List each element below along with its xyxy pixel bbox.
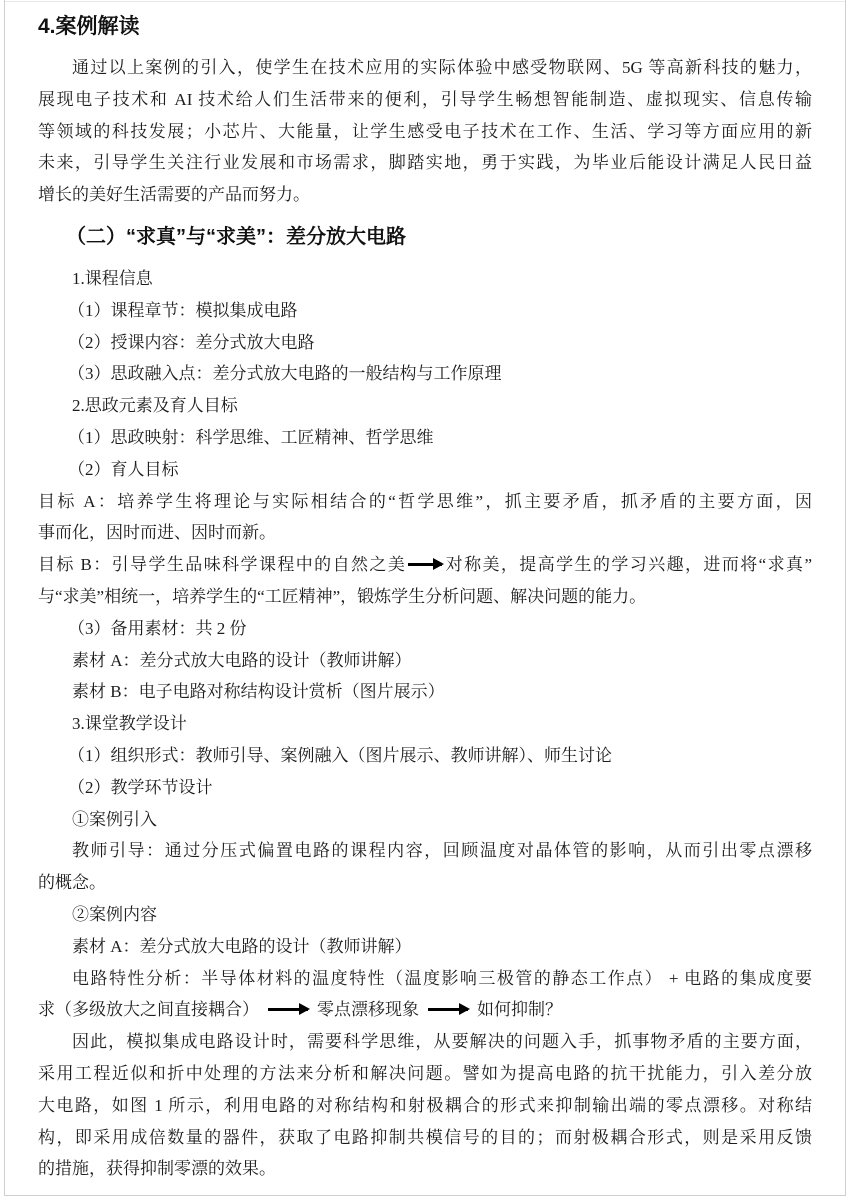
conclusion-line: 构，即采用成倍数量的器件，获取了电路抑制共模信号的目的；而射极耦合形式，则是采用…	[38, 1122, 812, 1154]
list-title: 1.课程信息	[38, 263, 812, 295]
list-item: （2）教学环节设计	[38, 772, 812, 804]
intro-paragraph-line: 增长的美好生活需要的产品而努力。	[38, 179, 812, 211]
case-content-label: ②案例内容	[38, 899, 812, 931]
goal-b-line: 目标 B：引导学生品味科学课程中的自然之美对称美，提高学生的学习兴趣，进而将“求…	[38, 549, 812, 581]
section-heading: 4.案例解读	[38, 12, 812, 42]
analysis-segment: 如何抑制？	[477, 1000, 562, 1019]
goal-b-text: 目标 B：引导学生品味科学课程中的自然之美	[38, 555, 406, 574]
material-a-line: 素材 A：差分式放大电路的设计（教师讲解）	[38, 645, 812, 677]
page-right-edge	[845, 0, 846, 1196]
goal-a-line: 事而化，因时而进、因时而新。	[38, 517, 812, 549]
list-item: （2）授课内容：差分式放大电路	[38, 327, 812, 359]
case-intro-label: ①案例引入	[38, 804, 812, 836]
conclusion-line: 因此，模拟集成电路设计时，需要科学思维，从要解决的问题入手，抓事物矛盾的主要方面…	[38, 1026, 812, 1058]
analysis-line: 求（多级放大之间直接耦合）零点漂移现象如何抑制？	[38, 994, 812, 1026]
page-top-edge	[4, 1, 846, 2]
page-bottom-edge	[4, 1195, 846, 1196]
goal-b-line: 与“求美”相统一，培养学生的“工匠精神”，锻炼学生分析问题、解决问题的能力。	[38, 581, 812, 613]
conclusion-line: 大电路，如图 1 所示，利用电路的对称结构和射极耦合的形式来抑制输出端的零点漂移…	[38, 1090, 812, 1122]
list-item: （1）组织形式：教师引导、案例融入（图片展示、教师讲解）、师生讨论	[38, 740, 812, 772]
document-page: 4.案例解读 通过以上案例的引入，使学生在技术应用的实际体验中感受物联网、5G …	[0, 0, 848, 1200]
intro-paragraph-line: 展现电子技术和 AI 技术给人们生活带来的便利，引导学生畅想智能制造、虚拟现实、…	[38, 84, 812, 116]
analysis-line: 电路特性分析：半导体材料的温度特性（温度影响三极管的静态工作点） + 电路的集成…	[38, 963, 812, 995]
page-left-edge	[4, 0, 5, 1196]
list-item: （2）育人目标	[38, 454, 812, 486]
subsection-heading: （二）“求真”与“求美”：差分放大电路	[38, 222, 812, 252]
material-b-line: 素材 B：电子电路对称结构设计赏析（图片展示）	[38, 676, 812, 708]
right-arrow-icon	[408, 563, 442, 566]
goal-a-line: 目标 A：培养学生将理论与实际相结合的“哲学思维”，抓主要矛盾，抓矛盾的主要方面…	[38, 486, 812, 518]
intro-paragraph-line: 通过以上案例的引入，使学生在技术应用的实际体验中感受物联网、5G 等高新科技的魅…	[38, 52, 812, 84]
teacher-guide-line: 教师引导：通过分压式偏置电路的课程内容，回顾温度对晶体管的影响，从而引出零点漂移	[38, 835, 812, 867]
goal-b-text: 对称美，提高学生的学习兴趣，进而将“求真”	[444, 555, 812, 574]
list-title: 2.思政元素及育人目标	[38, 390, 812, 422]
list-item: （1）课程章节：模拟集成电路	[38, 295, 812, 327]
analysis-segment: 求（多级放大之间直接耦合）	[38, 1000, 259, 1019]
list-item: （3）备用素材：共 2 份	[38, 613, 812, 645]
intro-paragraph-line: 等领域的科技发展；小芯片、大能量，让学生感受电子技术在工作、生活、学习等方面应用…	[38, 116, 812, 148]
intro-paragraph-line: 未来，引导学生关注行业发展和市场需求，脚踏实地，勇于实践，为毕业后能设计满足人民…	[38, 147, 812, 179]
conclusion-line: 的措施，获得抑制零漂的效果。	[38, 1153, 812, 1185]
teacher-guide-line: 的概念。	[38, 867, 812, 899]
analysis-segment: 零点漂移现象	[317, 1000, 419, 1019]
right-arrow-icon	[428, 1008, 468, 1011]
conclusion-line: 采用工程近似和折中处理的方法来分析和解决问题。譬如为提高电路的抗干扰能力，引入差…	[38, 1058, 812, 1090]
list-item: （3）思政融入点：差分式放大电路的一般结构与工作原理	[38, 358, 812, 390]
list-item: （1）思政映射：科学思维、工匠精神、哲学思维	[38, 422, 812, 454]
list-title: 3.课堂教学设计	[38, 708, 812, 740]
right-arrow-icon	[268, 1008, 308, 1011]
material-a-line: 素材 A：差分式放大电路的设计（教师讲解）	[38, 931, 812, 963]
